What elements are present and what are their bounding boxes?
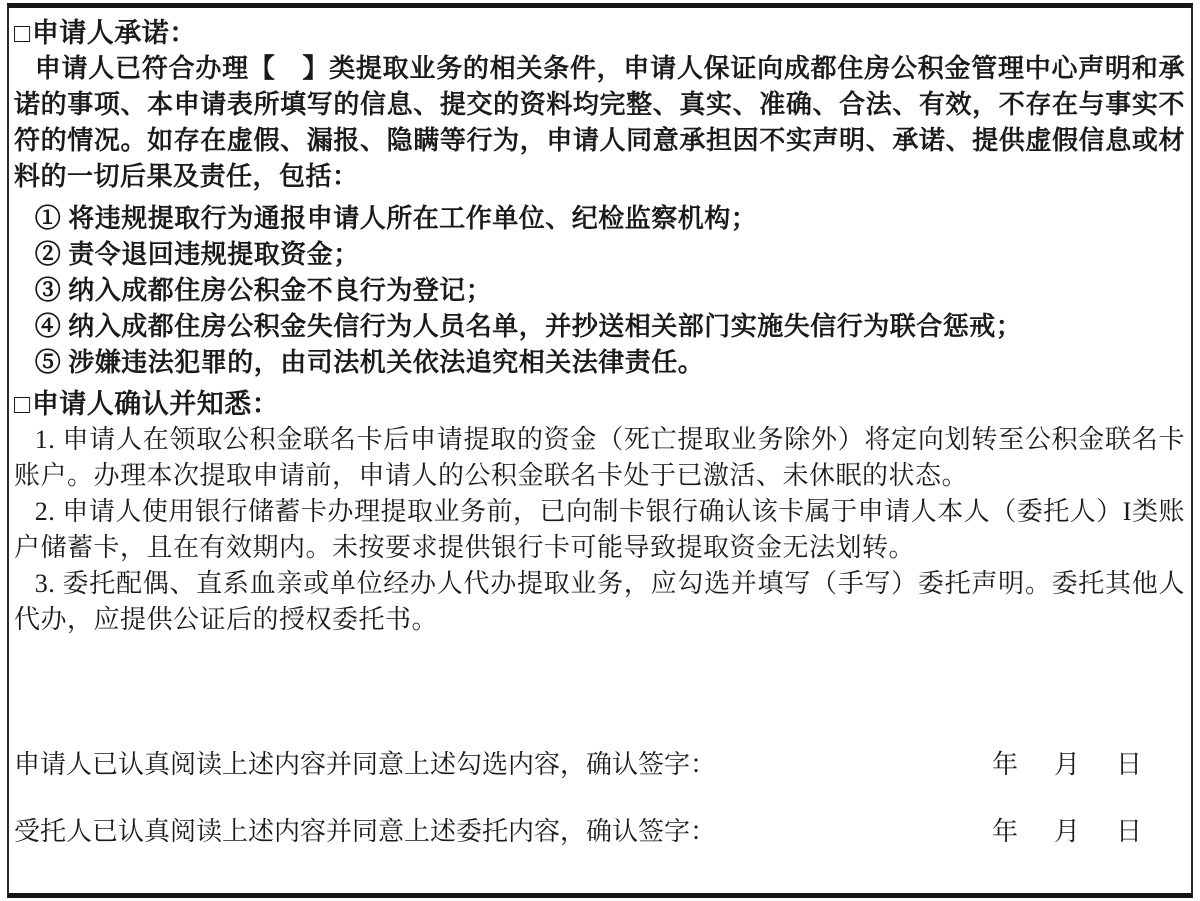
checkbox-acknowledgement-icon: □	[14, 386, 31, 422]
acknowledgement-item-1: 1. 申请人在领取公积金联名卡后申请提取的资金（死亡提取业务除外）将定向划转至公…	[14, 422, 1185, 494]
commitment-item-2: ② 责令退回违规提取资金；	[14, 237, 1185, 273]
applicant-signature-label: 申请人已认真阅读上述内容并同意上述勾选内容，确认签字：	[14, 747, 716, 783]
commitment-item-4: ④ 纳入成都住房公积金失信行为人员名单，并抄送相关部门实施失信行为联合惩戒；	[14, 309, 1185, 345]
applicant-date-year-label: 年	[992, 747, 1018, 783]
commitment-item-3: ③ 纳入成都住房公积金不良行为登记；	[14, 273, 1185, 309]
applicant-date-month-label: 月	[1054, 747, 1080, 783]
acknowledgement-item-2: 2. 申请人使用银行储蓄卡办理提取业务前，已向制卡银行确认该卡属于申请人本人（委…	[14, 494, 1185, 566]
signature-row-applicant: 申请人已认真阅读上述内容并同意上述勾选内容，确认签字： 年 月 日	[14, 747, 1191, 783]
trustee-date-day-label: 日	[1116, 814, 1142, 850]
acknowledgement-item-3: 3. 委托配偶、直系血亲或单位经办人代办提取业务，应勾选并填写（手写）委托声明。…	[14, 566, 1185, 638]
trustee-date-month-label: 月	[1054, 814, 1080, 850]
trustee-date-year-label: 年	[992, 814, 1018, 850]
commitment-item-5: ⑤ 涉嫌违法犯罪的，由司法机关依法追究相关法律责任。	[14, 345, 1185, 381]
commitment-item-1: ① 将违规提取行为通报申请人所在工作单位、纪检监察机构；	[14, 201, 1185, 237]
form-declaration-cell: □ 申请人承诺： 申请人已符合办理【 】类提取业务的相关条件，申请人保证向成都住…	[7, 3, 1193, 898]
section-applicant-acknowledgement: □ 申请人确认并知悉： 1. 申请人在领取公积金联名卡后申请提取的资金（死亡提取…	[14, 386, 1185, 638]
trustee-signature-label: 受托人已认真阅读上述内容并同意上述委托内容，确认签字：	[14, 814, 716, 850]
commitment-title: 申请人承诺：	[32, 15, 197, 51]
applicant-signature-date: 年 月 日	[992, 747, 1142, 783]
acknowledgement-heading: □ 申请人确认并知悉：	[14, 386, 1185, 422]
commitment-consequence-list: ① 将违规提取行为通报申请人所在工作单位、纪检监察机构； ② 责令退回违规提取资…	[14, 201, 1185, 381]
acknowledgement-title: 申请人确认并知悉：	[32, 386, 280, 422]
trustee-signature-date: 年 月 日	[992, 814, 1142, 850]
section-applicant-commitment: □ 申请人承诺： 申请人已符合办理【 】类提取业务的相关条件，申请人保证向成都住…	[14, 15, 1185, 381]
signature-row-trustee: 受托人已认真阅读上述内容并同意上述委托内容，确认签字： 年 月 日	[14, 814, 1191, 850]
applicant-date-day-label: 日	[1116, 747, 1142, 783]
checkbox-commitment-icon: □	[14, 15, 31, 51]
commitment-heading: □ 申请人承诺：	[14, 15, 1185, 51]
commitment-intro-paragraph: 申请人已符合办理【 】类提取业务的相关条件，申请人保证向成都住房公积金管理中心声…	[14, 51, 1185, 195]
